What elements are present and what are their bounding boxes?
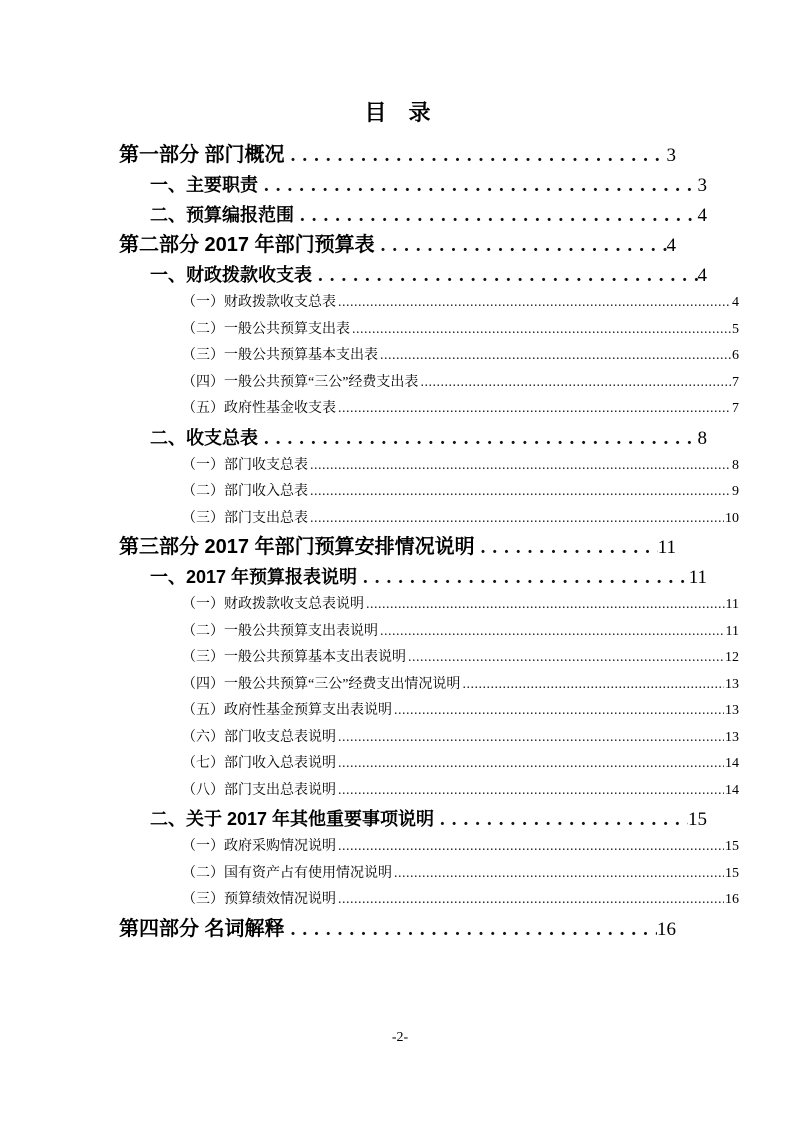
toc-dot-leader [364,592,725,619]
toc-entry: （四）一般公共预算“三公”经费支出情况说明 13 [119,672,739,699]
toc-entry-page: 10 [724,506,739,533]
toc-entry: 一、2017 年预算报表说明 11 [119,562,707,592]
toc-entry-page: 4 [698,261,708,291]
toc-entry: （一）政府采购情况说明 15 [119,834,739,861]
toc-entry: （五）政府性基金收支表 7 [119,396,739,423]
toc-entry-label: （五）政府性基金预算支出表说明 [182,698,392,725]
toc-entry-page: 15 [724,834,739,861]
toc-dot-leader [336,396,731,423]
page-number-footer: -2- [0,1030,800,1046]
toc-entry-label: （二）一般公共预算支出表说明 [182,619,378,646]
toc-entry-label: （八）部门支出总表说明 [182,778,336,805]
toc-entry-page: 8 [731,453,739,480]
toc-entry: （八）部门支出总表说明 14 [119,778,739,805]
toc-entry-label: （四）一般公共预算“三公”经费支出表 [182,370,418,397]
toc-entry-page: 11 [658,533,676,563]
toc-dot-leader [350,317,731,344]
toc-dot-leader [392,698,724,725]
toc-entry-page: 16 [724,887,739,914]
toc-entry-label: 第一部分 部门概况 [119,140,285,170]
toc-entry-label: 第二部分 2017 年部门预算表 [119,230,375,260]
toc-entry: （三）一般公共预算基本支出表说明 12 [119,645,739,672]
toc-entry-label: 二、预算编报范围 [150,200,294,230]
toc-list: 第一部分 部门概况 3 一、主要职责 3 二、预算编报范围 4 第二部分 201… [119,140,676,944]
toc-entry: （三）部门支出总表 10 [119,506,739,533]
toc-entry: （七）部门收入总表说明 14 [119,751,739,778]
toc-dot-leader [460,672,724,699]
toc-dot-leader [336,751,724,778]
toc-entry-page: 3 [667,141,677,171]
toc-entry-label: （二）一般公共预算支出表 [182,317,350,344]
toc-entry-page: 14 [724,751,739,778]
toc-dot-leader [336,725,724,752]
toc-entry: （一）财政拨款收支总表说明 11 [119,592,739,619]
toc-dot-leader [308,479,731,506]
toc-dot-leader [336,834,724,861]
toc-dot-leader [308,506,724,533]
toc-entry: （一）财政拨款收支总表 4 [119,290,739,317]
toc-entry-label: 一、主要职责 [150,170,258,200]
toc-entry: （二）国有资产占有使用情况说明 15 [119,861,739,888]
toc-entry: 第二部分 2017 年部门预算表 4 [119,230,676,260]
toc-entry-page: 12 [724,645,739,672]
toc-entry-page: 5 [731,317,739,344]
toc-entry-page: 11 [689,563,707,593]
toc-entry-page: 13 [724,672,739,699]
toc-dot-leader [258,171,698,201]
toc-entry-label: （四）一般公共预算“三公”经费支出情况说明 [182,672,460,699]
toc-entry-page: 11 [725,619,739,646]
toc-entry-label: （一）财政拨款收支总表 [182,290,336,317]
toc-entry-page: 4 [731,290,739,317]
toc-entry-label: 一、财政拨款收支表 [150,260,312,290]
toc-dot-leader [336,887,724,914]
toc-entry-label: （五）政府性基金收支表 [182,396,336,423]
toc-entry: （一）部门收支总表 8 [119,453,739,480]
toc-dot-leader [285,915,657,945]
toc-entry: 一、财政拨款收支表 4 [119,260,707,290]
toc-entry: （五）政府性基金预算支出表说明 13 [119,698,739,725]
toc-entry: 第四部分 名词解释 16 [119,914,676,944]
toc-entry-label: （二）国有资产占有使用情况说明 [182,861,392,888]
toc-dot-leader [357,563,689,593]
toc-dot-leader [378,343,731,370]
toc-entry-label: （七）部门收入总表说明 [182,751,336,778]
toc-entry: （二）一般公共预算支出表 5 [119,317,739,344]
toc-entry: （二）部门收入总表 9 [119,479,739,506]
toc-entry: 二、关于 2017 年其他重要事项说明 15 [119,804,707,834]
toc-entry-page: 9 [731,479,739,506]
toc-entry-label: （一）政府采购情况说明 [182,834,336,861]
toc-entry: （六）部门收支总表说明 13 [119,725,739,752]
toc-entry: 二、收支总表 8 [119,423,707,453]
toc-entry-label: （三）一般公共预算基本支出表 [182,343,378,370]
toc-dot-leader [418,370,731,397]
toc-entry-page: 4 [667,231,677,261]
toc-entry: 二、预算编报范围 4 [119,200,707,230]
toc-entry-label: 一、2017 年预算报表说明 [150,562,357,592]
toc-dot-leader [308,453,731,480]
toc-entry: （四）一般公共预算“三公”经费支出表 7 [119,370,739,397]
toc-entry-page: 15 [688,805,707,835]
toc-dot-leader [258,424,698,454]
toc-entry-page: 8 [698,424,708,454]
toc-entry-label: （二）部门收入总表 [182,479,308,506]
toc-entry-label: （三）一般公共预算基本支出表说明 [182,645,406,672]
toc-entry-page: 15 [724,861,739,888]
toc-dot-leader [336,290,731,317]
toc-entry-page: 14 [724,778,739,805]
toc-dot-leader [434,805,688,835]
toc-entry: （二）一般公共预算支出表说明 11 [119,619,739,646]
toc-entry-page: 16 [657,915,676,945]
toc-entry-page: 4 [698,201,708,231]
toc-dot-leader [475,533,658,563]
toc-entry-label: （一）部门收支总表 [182,453,308,480]
toc-entry-page: 13 [724,698,739,725]
toc-entry: 一、主要职责 3 [119,170,707,200]
toc-entry-label: （六）部门收支总表说明 [182,725,336,752]
toc-entry-label: 第四部分 名词解释 [119,914,285,944]
toc-dot-leader [312,261,698,291]
toc-entry-label: （一）财政拨款收支总表说明 [182,592,364,619]
toc-entry-label: 二、收支总表 [150,423,258,453]
toc-entry: 第三部分 2017 年部门预算安排情况说明 11 [119,532,676,562]
toc-dot-leader [406,645,724,672]
toc-dot-leader [392,861,724,888]
toc-entry-page: 13 [724,725,739,752]
toc-entry-page: 11 [725,592,739,619]
toc-entry-page: 7 [731,396,739,423]
toc-dot-leader [285,141,667,171]
toc-dot-leader [294,201,698,231]
toc-title: 目 录 [119,98,676,128]
toc-entry-page: 3 [698,171,708,201]
toc-entry-page: 6 [731,343,739,370]
toc-entry-label: （三）预算绩效情况说明 [182,887,336,914]
toc-entry: （三）预算绩效情况说明 16 [119,887,739,914]
toc-entry-page: 7 [731,370,739,397]
toc-dot-leader [375,231,667,261]
document-page: 目 录 第一部分 部门概况 3 一、主要职责 3 二、预算编报范围 4 第二部分… [0,0,800,1131]
toc-entry: 第一部分 部门概况 3 [119,140,676,170]
toc-dot-leader [378,619,725,646]
toc-entry: （三）一般公共预算基本支出表 6 [119,343,739,370]
toc-entry-label: 二、关于 2017 年其他重要事项说明 [150,804,434,834]
toc-entry-label: 第三部分 2017 年部门预算安排情况说明 [119,532,475,562]
toc-entry-label: （三）部门支出总表 [182,506,308,533]
toc-dot-leader [336,778,724,805]
